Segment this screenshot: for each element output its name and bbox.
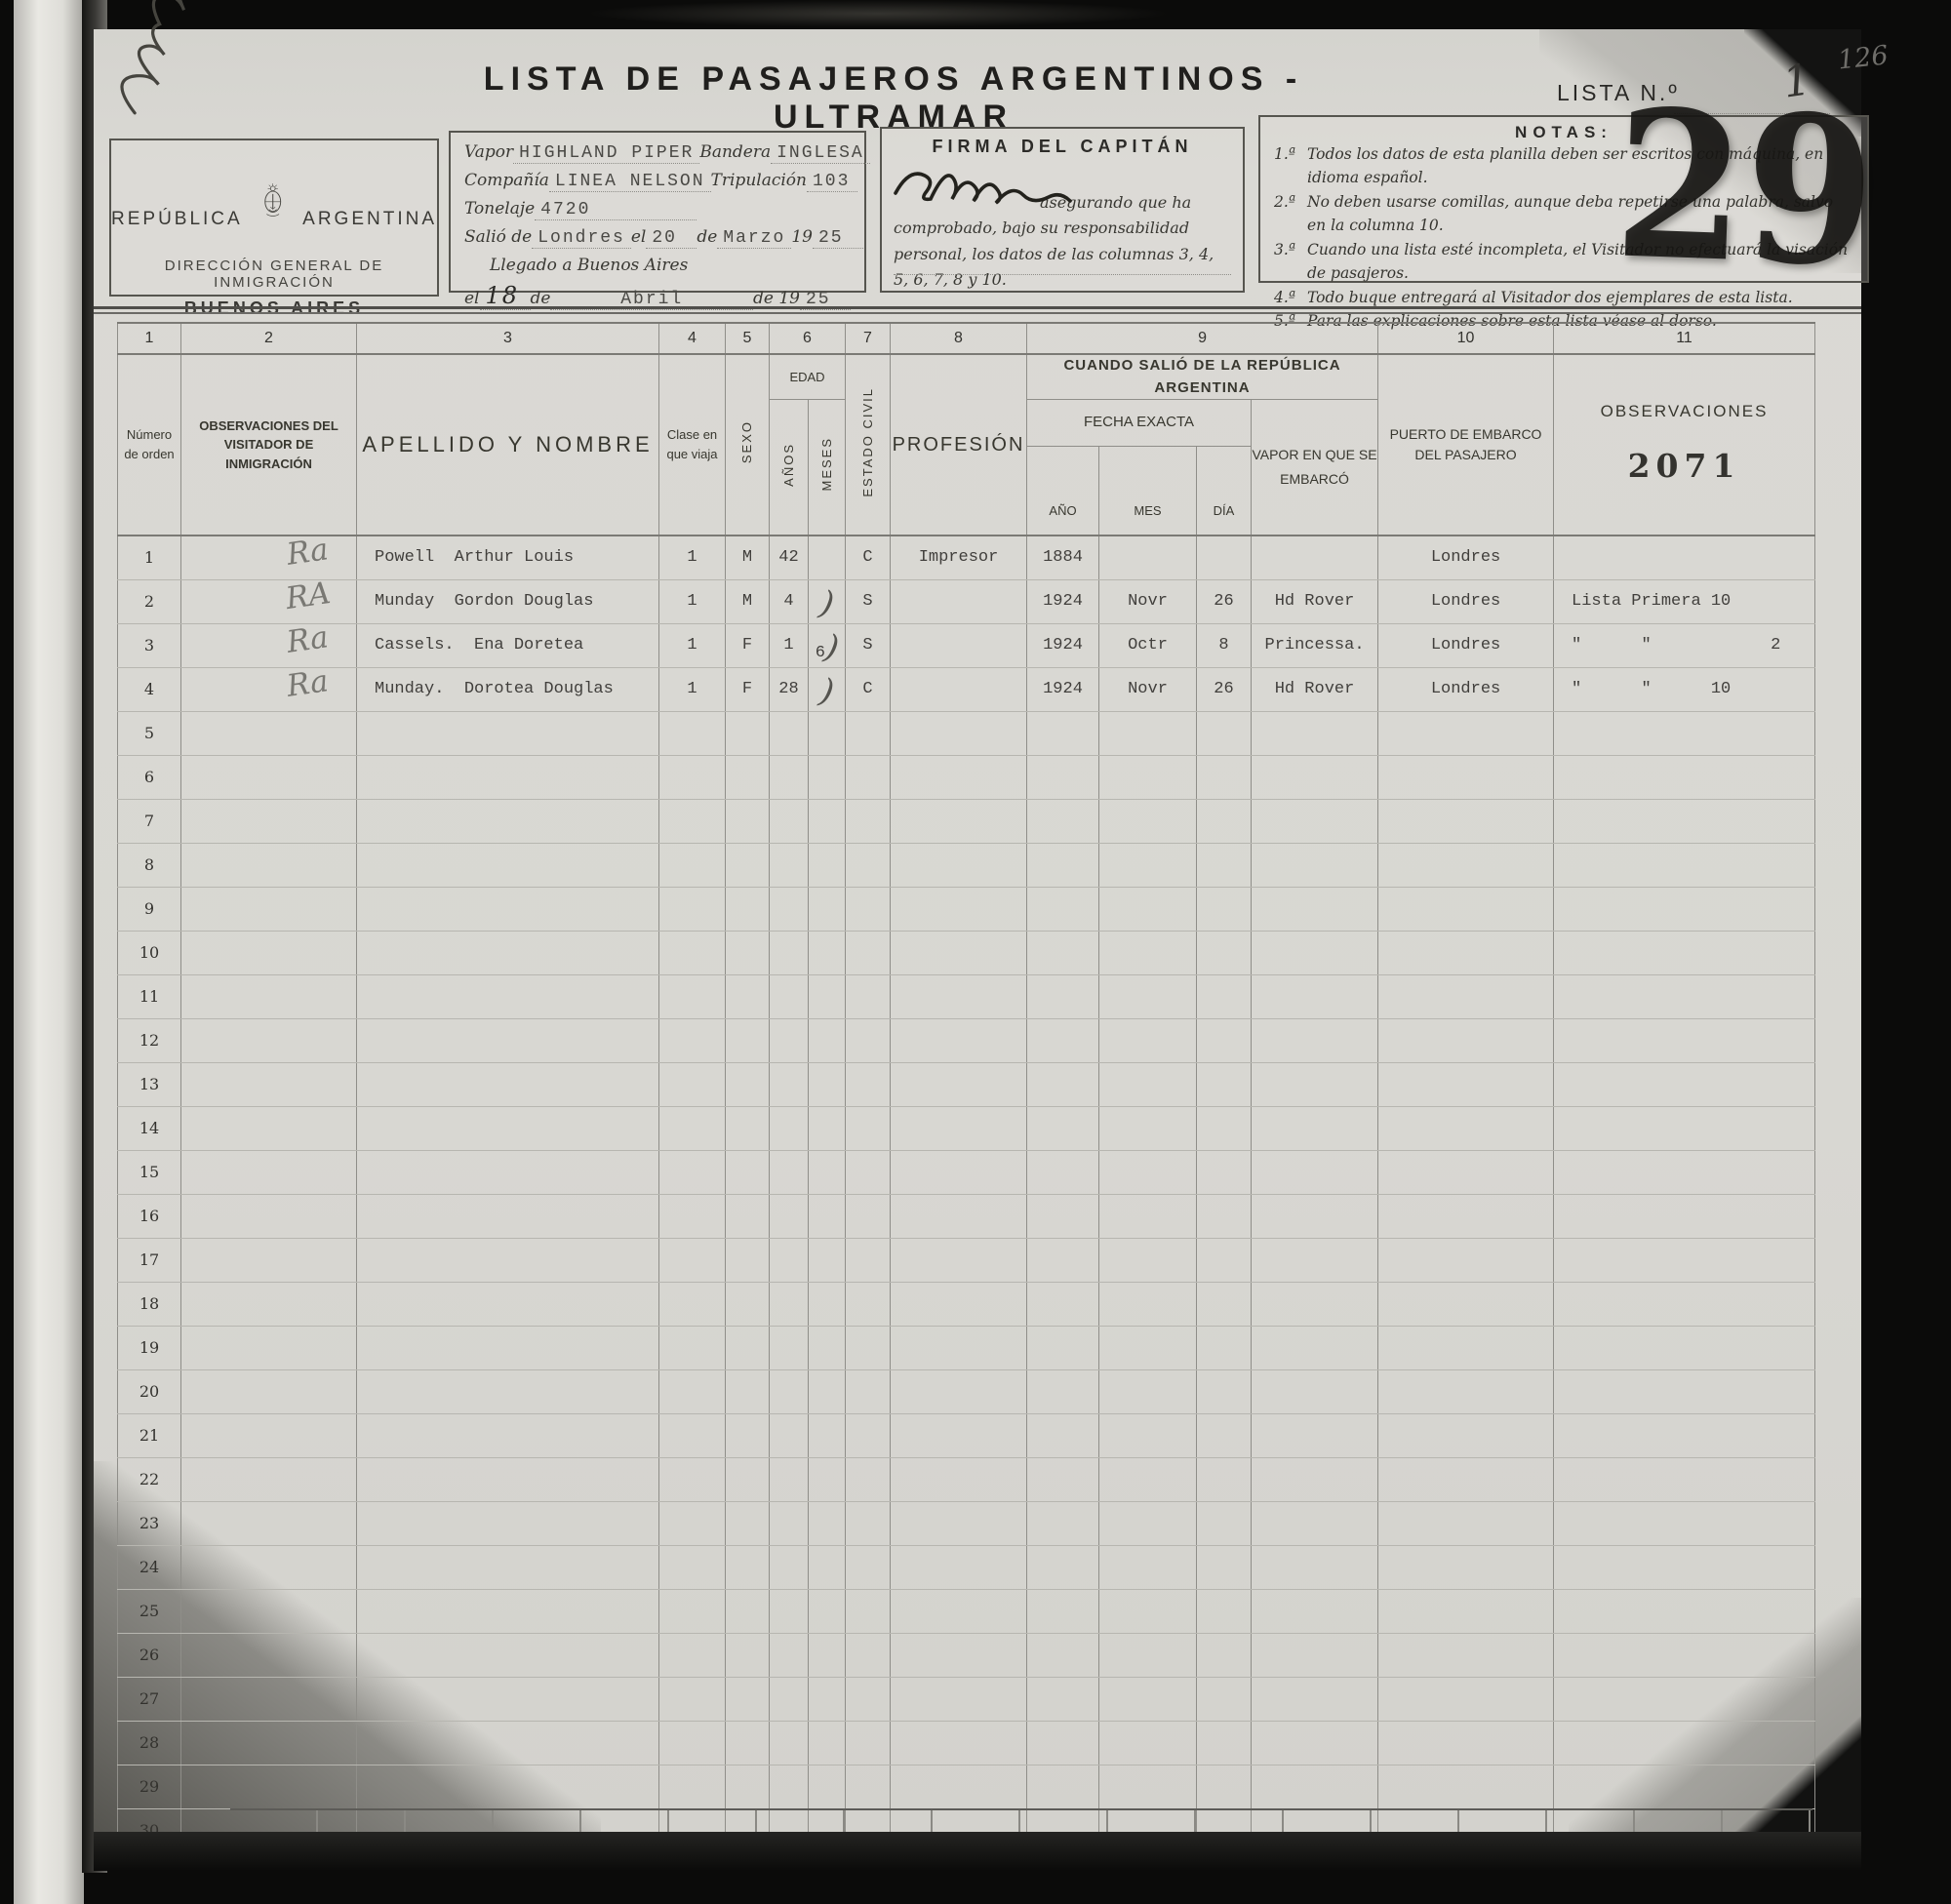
cell-dia xyxy=(1197,711,1252,755)
cell-num: 16 xyxy=(118,1194,181,1238)
cell-name xyxy=(357,1413,659,1457)
header-apellido: APELLIDO Y NOMBRE xyxy=(357,354,659,535)
el-label: el xyxy=(631,227,647,247)
cell-puerto xyxy=(1378,1238,1554,1282)
rule-lower xyxy=(94,312,1861,314)
cell-puerto xyxy=(1378,1106,1554,1150)
cell-mark xyxy=(181,1018,357,1062)
cell-clase xyxy=(659,843,726,887)
visitador-handwritten-mark: Ra xyxy=(285,532,331,573)
cell-mark xyxy=(181,1326,357,1369)
cell-profesion xyxy=(891,623,1027,667)
cell-meses xyxy=(809,887,846,931)
salio-year: 25 xyxy=(813,228,863,249)
cell-profesion xyxy=(891,1369,1027,1413)
cell-puerto xyxy=(1378,1062,1554,1106)
cell-mes xyxy=(1099,1326,1197,1369)
cell-mes xyxy=(1099,1501,1197,1545)
table-row: 13 xyxy=(118,1062,1815,1106)
cell-sexo xyxy=(726,1369,770,1413)
list-number-stamp: 29 xyxy=(1612,83,1878,295)
cell-name xyxy=(357,1194,659,1238)
cell-sexo: F xyxy=(726,667,770,711)
table-row: 19 xyxy=(118,1326,1815,1369)
cell-vapor xyxy=(1252,887,1378,931)
bandera-value: INGLESA xyxy=(771,143,870,164)
cell-estado xyxy=(846,1457,891,1501)
cell-name xyxy=(357,711,659,755)
cell-dia xyxy=(1197,1238,1252,1282)
cell-profesion xyxy=(891,1545,1027,1589)
cell-profesion xyxy=(891,579,1027,623)
cell-anios xyxy=(770,1721,809,1765)
colnum-10: 10 xyxy=(1378,323,1554,354)
llegado-de-label: de xyxy=(531,289,551,308)
cell-obs xyxy=(1554,1413,1815,1457)
cell-anios xyxy=(770,1150,809,1194)
cell-estado xyxy=(846,1677,891,1721)
cell-obs xyxy=(1554,1150,1815,1194)
cell-sexo xyxy=(726,799,770,843)
cell-estado: S xyxy=(846,623,891,667)
table-row: 21 xyxy=(118,1413,1815,1457)
table-row: 11 xyxy=(118,974,1815,1018)
cell-anio xyxy=(1027,1721,1099,1765)
cell-sexo xyxy=(726,1106,770,1150)
cell-estado xyxy=(846,1194,891,1238)
scan-smudge xyxy=(585,0,1171,27)
cell-puerto xyxy=(1378,843,1554,887)
header-anios: AÑOS xyxy=(770,400,809,535)
cell-sexo xyxy=(726,1589,770,1633)
cell-profesion xyxy=(891,974,1027,1018)
cell-vapor xyxy=(1252,799,1378,843)
cell-clase xyxy=(659,1194,726,1238)
table-row: 29 xyxy=(118,1765,1815,1808)
age-pen-annotation: ) xyxy=(816,671,837,711)
captain-signature xyxy=(888,154,1073,215)
table-row: 9 xyxy=(118,887,1815,931)
cell-meses xyxy=(809,1326,846,1369)
cell-anios: 28 xyxy=(770,667,809,711)
cell-obs xyxy=(1554,1106,1815,1150)
cell-anio: 1884 xyxy=(1027,535,1099,580)
salio-port: Londres xyxy=(532,228,631,249)
cell-anios xyxy=(770,931,809,974)
cell-estado xyxy=(846,1501,891,1545)
cell-estado xyxy=(846,755,891,799)
cell-name xyxy=(357,1677,659,1721)
cell-vapor xyxy=(1252,1633,1378,1677)
cell-mark xyxy=(181,1457,357,1501)
cell-vapor xyxy=(1252,931,1378,974)
cell-sexo xyxy=(726,1150,770,1194)
cell-puerto xyxy=(1378,1326,1554,1369)
cell-anios xyxy=(770,1589,809,1633)
cell-mes: Novr xyxy=(1099,667,1197,711)
cell-dia xyxy=(1197,1282,1252,1326)
cell-meses: 6) xyxy=(809,623,846,667)
header-puerto: PUERTO DE EMBARCO DEL PASAJERO xyxy=(1378,354,1554,535)
cell-anio: 1924 xyxy=(1027,579,1099,623)
bandera-label: Bandera xyxy=(699,142,771,162)
cell-estado xyxy=(846,1282,891,1326)
cell-mes xyxy=(1099,1194,1197,1238)
cell-meses xyxy=(809,711,846,755)
cell-clase xyxy=(659,799,726,843)
cell-estado xyxy=(846,1413,891,1457)
cell-num: 21 xyxy=(118,1413,181,1457)
cell-vapor xyxy=(1252,1765,1378,1808)
table-row: 5 xyxy=(118,711,1815,755)
header-mes: MES xyxy=(1099,447,1197,535)
cell-dia xyxy=(1197,931,1252,974)
colnum-2: 2 xyxy=(181,323,357,354)
visitador-handwritten-mark: RA xyxy=(283,575,332,615)
visitador-handwritten-mark: Ra xyxy=(285,619,331,660)
cell-profesion xyxy=(891,667,1027,711)
cell-num: 1 xyxy=(118,535,181,580)
cell-clase xyxy=(659,931,726,974)
cell-obs xyxy=(1554,1018,1815,1062)
cell-sexo xyxy=(726,1545,770,1589)
cell-anios xyxy=(770,1413,809,1457)
cell-meses: ) xyxy=(809,579,846,623)
cell-mes xyxy=(1099,1457,1197,1501)
table-row: 1RaPowell Arthur Louis1M42CImpresor1884L… xyxy=(118,535,1815,580)
cell-sexo xyxy=(726,1238,770,1282)
cell-mes xyxy=(1099,1413,1197,1457)
cell-num: 13 xyxy=(118,1062,181,1106)
rule-upper xyxy=(94,306,1861,309)
cell-obs xyxy=(1554,1369,1815,1413)
cell-profesion xyxy=(891,1721,1027,1765)
cell-obs xyxy=(1554,1721,1815,1765)
cell-meses: ) xyxy=(809,667,846,711)
page-corner-number: 126 xyxy=(1837,40,1891,75)
cell-mark xyxy=(181,1765,357,1808)
cell-num: 2 xyxy=(118,579,181,623)
header-fecha-exacta: FECHA EXACTA xyxy=(1027,400,1252,447)
table-row: 27 xyxy=(118,1677,1815,1721)
cell-dia xyxy=(1197,1062,1252,1106)
cell-anio xyxy=(1027,711,1099,755)
cell-profesion xyxy=(891,799,1027,843)
cell-obs xyxy=(1554,1501,1815,1545)
cell-mark xyxy=(181,1413,357,1457)
cell-puerto xyxy=(1378,1721,1554,1765)
cell-mark xyxy=(181,1062,357,1106)
cell-anio xyxy=(1027,1150,1099,1194)
cell-estado xyxy=(846,1018,891,1062)
cell-puerto xyxy=(1378,799,1554,843)
cell-profesion: Impresor xyxy=(891,535,1027,580)
cell-mes xyxy=(1099,1369,1197,1413)
table-row: 25 xyxy=(118,1589,1815,1633)
colnum-1: 1 xyxy=(118,323,181,354)
cell-clase: 1 xyxy=(659,579,726,623)
cell-profesion xyxy=(891,1589,1027,1633)
cell-puerto xyxy=(1378,1677,1554,1721)
de19-label: de 19 xyxy=(753,289,800,308)
cell-anios xyxy=(770,887,809,931)
tonelaje-value: 4720 xyxy=(535,200,696,220)
table-row: 15 xyxy=(118,1150,1815,1194)
cell-sexo xyxy=(726,1018,770,1062)
cell-name xyxy=(357,1765,659,1808)
cell-puerto xyxy=(1378,887,1554,931)
cell-clase xyxy=(659,1413,726,1457)
cell-anio xyxy=(1027,1194,1099,1238)
cell-anio xyxy=(1027,1677,1099,1721)
cell-profesion xyxy=(891,1457,1027,1501)
cell-mes xyxy=(1099,1018,1197,1062)
cell-vapor xyxy=(1252,1677,1378,1721)
cell-name xyxy=(357,1589,659,1633)
cell-obs: Lista Primera 10 xyxy=(1554,579,1815,623)
cell-puerto xyxy=(1378,1545,1554,1589)
cell-obs xyxy=(1554,1457,1815,1501)
vapor-value: HIGHLAND PIPER xyxy=(513,143,699,164)
cell-profesion xyxy=(891,1194,1027,1238)
cell-mark: RA xyxy=(181,579,357,623)
cell-vapor xyxy=(1252,1413,1378,1457)
colnum-11: 11 xyxy=(1554,323,1815,354)
cell-anios xyxy=(770,1457,809,1501)
compania-label: Compañía xyxy=(464,171,549,190)
table-row: 4RaMunday. Dorotea Douglas1F28)C1924Novr… xyxy=(118,667,1815,711)
cell-meses xyxy=(809,1721,846,1765)
observaciones-stamp: 2071 xyxy=(1554,442,1814,491)
header-meses: MESES xyxy=(809,400,846,535)
diagonal-signature xyxy=(80,0,265,130)
cell-name: Powell Arthur Louis xyxy=(357,535,659,580)
cell-name xyxy=(357,887,659,931)
cell-meses xyxy=(809,799,846,843)
cell-num: 10 xyxy=(118,931,181,974)
cell-anio xyxy=(1027,1501,1099,1545)
salio-label: Salió de xyxy=(464,227,532,247)
cell-vapor xyxy=(1252,974,1378,1018)
colnum-4: 4 xyxy=(659,323,726,354)
cell-clase xyxy=(659,1501,726,1545)
cell-obs xyxy=(1554,931,1815,974)
passenger-table: 1 2 3 4 5 6 7 8 9 10 11 Número de orden … xyxy=(117,322,1815,1853)
cell-anios xyxy=(770,1765,809,1808)
cell-anios: 1 xyxy=(770,623,809,667)
cell-clase xyxy=(659,1677,726,1721)
cell-anio xyxy=(1027,843,1099,887)
cell-puerto xyxy=(1378,711,1554,755)
cell-anio xyxy=(1027,887,1099,931)
cell-mark xyxy=(181,1633,357,1677)
cell-anio xyxy=(1027,1106,1099,1150)
cell-anios xyxy=(770,1018,809,1062)
cell-puerto: Londres xyxy=(1378,579,1554,623)
header-numero: Número de orden xyxy=(118,354,181,535)
cell-name xyxy=(357,1721,659,1765)
cell-num: 20 xyxy=(118,1369,181,1413)
cell-mark xyxy=(181,1501,357,1545)
table-row: 6 xyxy=(118,755,1815,799)
cell-estado xyxy=(846,843,891,887)
cell-anios xyxy=(770,1194,809,1238)
cell-num: 5 xyxy=(118,711,181,755)
tonelaje-label: Tonelaje xyxy=(464,199,535,218)
ship-info-box: Vapor HIGHLAND PIPER Bandera INGLESA Com… xyxy=(449,131,866,293)
cell-meses xyxy=(809,1062,846,1106)
cell-mes xyxy=(1099,1545,1197,1589)
cell-anio xyxy=(1027,1457,1099,1501)
cell-vapor xyxy=(1252,1194,1378,1238)
cell-mark: Ra xyxy=(181,667,357,711)
cell-profesion xyxy=(891,1326,1027,1369)
cell-dia xyxy=(1197,887,1252,931)
cell-obs xyxy=(1554,1545,1815,1589)
cell-name xyxy=(357,1326,659,1369)
scanned-document: LISTA DE PASAJEROS ARGENTINOS - ULTRAMAR… xyxy=(0,0,1951,1904)
cell-num: 18 xyxy=(118,1282,181,1326)
age-pen-annotation: ) xyxy=(816,583,837,623)
cell-mark xyxy=(181,931,357,974)
header-cuando-salio: CUANDO SALIÓ DE LA REPÚBLICA ARGENTINA xyxy=(1027,354,1378,400)
cell-mes xyxy=(1099,1765,1197,1808)
cell-mark xyxy=(181,711,357,755)
cell-vapor: Hd Rover xyxy=(1252,667,1378,711)
cell-num: 8 xyxy=(118,843,181,887)
cell-mark: Ra xyxy=(181,535,357,580)
cell-meses xyxy=(809,843,846,887)
cell-vapor xyxy=(1252,1282,1378,1326)
cell-name xyxy=(357,1106,659,1150)
cell-mes xyxy=(1099,1721,1197,1765)
cell-name xyxy=(357,974,659,1018)
cell-estado xyxy=(846,799,891,843)
cell-clase xyxy=(659,1633,726,1677)
cell-obs xyxy=(1554,887,1815,931)
cell-meses xyxy=(809,931,846,974)
cell-anio: 1924 xyxy=(1027,667,1099,711)
cell-anios xyxy=(770,1501,809,1545)
cell-anios xyxy=(770,1326,809,1369)
cell-vapor xyxy=(1252,1018,1378,1062)
cell-anio xyxy=(1027,1018,1099,1062)
cell-puerto xyxy=(1378,1018,1554,1062)
cell-meses xyxy=(809,1545,846,1589)
cell-name xyxy=(357,1150,659,1194)
cell-mes xyxy=(1099,1106,1197,1150)
cell-vapor xyxy=(1252,1150,1378,1194)
book-page-edges xyxy=(14,0,84,1904)
cell-mark xyxy=(181,974,357,1018)
colnum-9: 9 xyxy=(1027,323,1378,354)
cell-vapor xyxy=(1252,1369,1378,1413)
captain-box: FIRMA DEL CAPITÁN asegurando que ha comp… xyxy=(880,127,1245,293)
cell-num: 15 xyxy=(118,1150,181,1194)
cell-mark xyxy=(181,1150,357,1194)
cell-vapor xyxy=(1252,711,1378,755)
table-row: 23 xyxy=(118,1501,1815,1545)
cell-anios: 4 xyxy=(770,579,809,623)
cell-name xyxy=(357,1018,659,1062)
cell-anio: 1924 xyxy=(1027,623,1099,667)
cell-obs xyxy=(1554,799,1815,843)
cell-puerto xyxy=(1378,974,1554,1018)
cell-dia xyxy=(1197,1677,1252,1721)
cell-profesion xyxy=(891,887,1027,931)
org-country-left: REPÚBLICA xyxy=(111,209,243,230)
cell-clase xyxy=(659,1326,726,1369)
cell-sexo xyxy=(726,1633,770,1677)
cell-sexo xyxy=(726,1194,770,1238)
cell-mark xyxy=(181,755,357,799)
cell-profesion xyxy=(891,711,1027,755)
cell-num: 26 xyxy=(118,1633,181,1677)
cell-meses xyxy=(809,535,846,580)
cell-mes xyxy=(1099,711,1197,755)
cell-obs xyxy=(1554,1194,1815,1238)
cell-mes xyxy=(1099,1633,1197,1677)
cell-estado xyxy=(846,887,891,931)
cell-clase xyxy=(659,1545,726,1589)
cell-meses xyxy=(809,755,846,799)
header-dia: DÍA xyxy=(1197,447,1252,535)
cell-clase xyxy=(659,711,726,755)
table-row: 14 xyxy=(118,1106,1815,1150)
cell-mark xyxy=(181,1369,357,1413)
cell-num: 25 xyxy=(118,1589,181,1633)
cell-name xyxy=(357,931,659,974)
cell-name xyxy=(357,1062,659,1106)
cell-meses xyxy=(809,974,846,1018)
cell-dia xyxy=(1197,1721,1252,1765)
cell-sexo xyxy=(726,931,770,974)
cell-dia xyxy=(1197,1633,1252,1677)
cell-meses xyxy=(809,1457,846,1501)
cell-clase: 1 xyxy=(659,535,726,580)
table-row: 18 xyxy=(118,1282,1815,1326)
cell-clase xyxy=(659,1062,726,1106)
header-estado-civil: ESTADO CIVIL xyxy=(846,354,891,535)
cell-vapor xyxy=(1252,1326,1378,1369)
cell-mark xyxy=(181,1721,357,1765)
cell-sexo xyxy=(726,1765,770,1808)
cell-name xyxy=(357,1369,659,1413)
form-page: LISTA DE PASAJEROS ARGENTINOS - ULTRAMAR… xyxy=(94,29,1861,1832)
cell-estado xyxy=(846,1238,891,1282)
note-2-num: 2.ª xyxy=(1274,190,1307,238)
cell-sexo xyxy=(726,1677,770,1721)
cell-clase xyxy=(659,1282,726,1326)
cell-estado xyxy=(846,1721,891,1765)
cell-estado: C xyxy=(846,667,891,711)
cell-puerto xyxy=(1378,1413,1554,1457)
cell-anio xyxy=(1027,1062,1099,1106)
cell-mes: Octr xyxy=(1099,623,1197,667)
cell-profesion xyxy=(891,1633,1027,1677)
cell-mark: Ra xyxy=(181,623,357,667)
cell-estado xyxy=(846,1062,891,1106)
cell-mes xyxy=(1099,887,1197,931)
cell-profesion xyxy=(891,1062,1027,1106)
cell-profesion xyxy=(891,1501,1027,1545)
cell-estado xyxy=(846,1326,891,1369)
cell-name xyxy=(357,1282,659,1326)
cell-vapor: Hd Rover xyxy=(1252,579,1378,623)
note-1-num: 1.ª xyxy=(1274,142,1307,190)
cell-sexo xyxy=(726,974,770,1018)
cell-clase: 1 xyxy=(659,667,726,711)
